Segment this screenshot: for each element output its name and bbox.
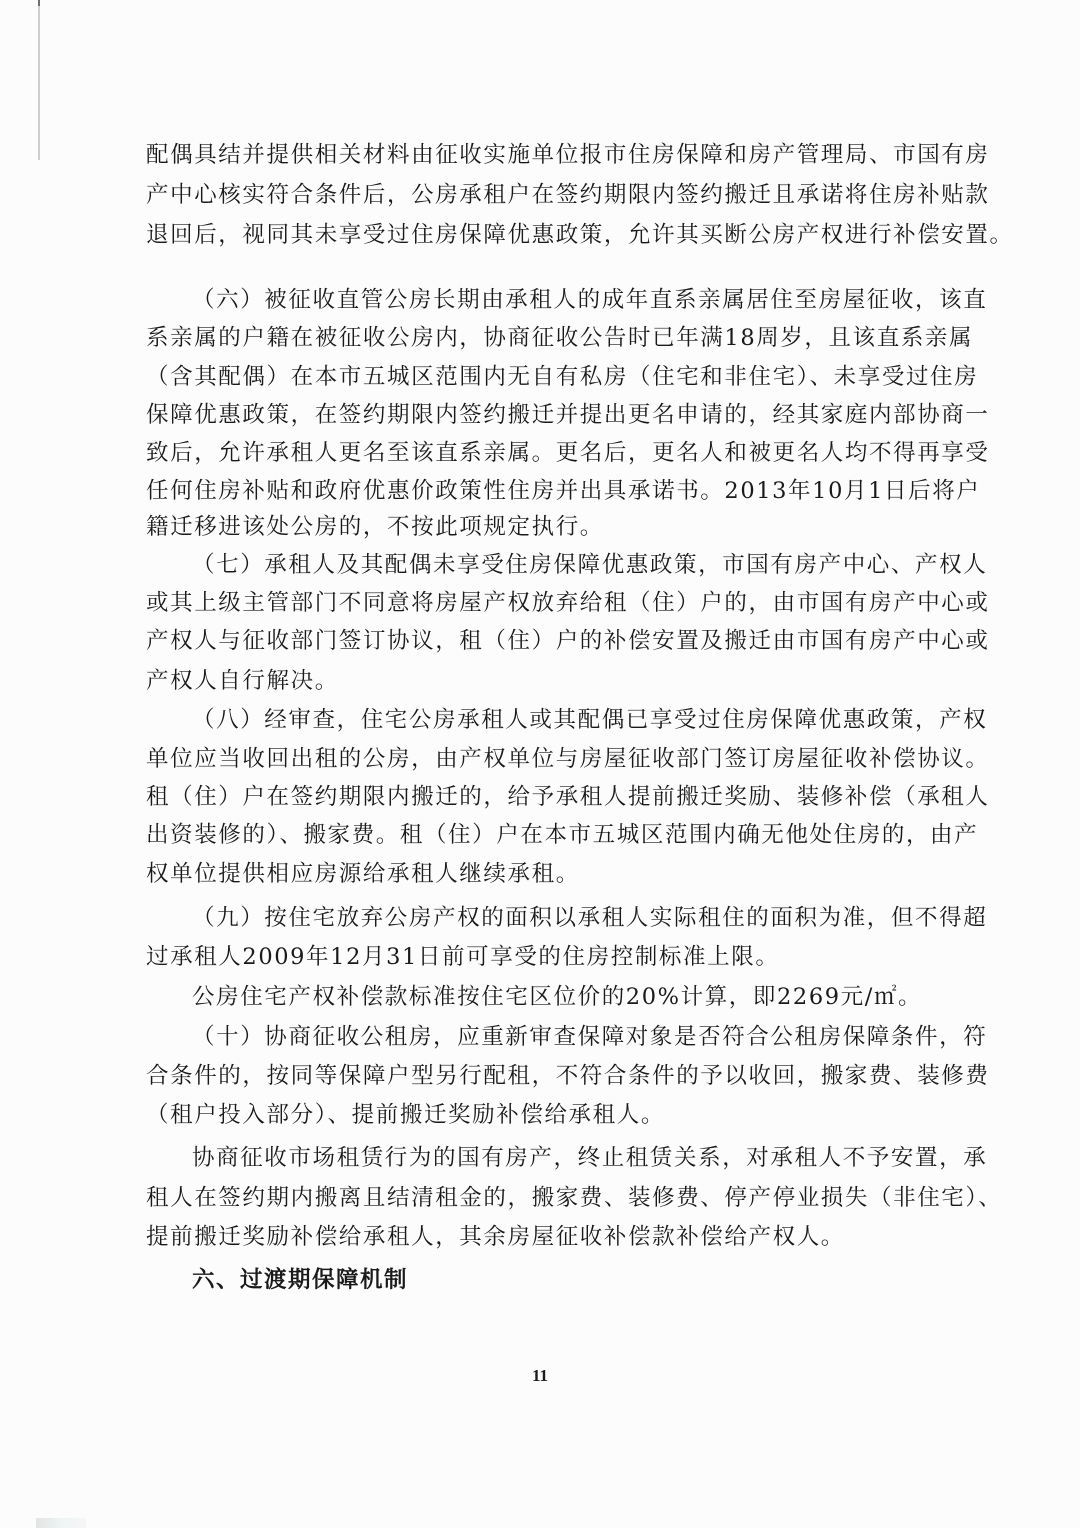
- text-line: 产权人自行解决。: [146, 667, 946, 695]
- text-line: 合条件的，按同等保障户型另行配租，不符合条件的予以收回，搬家费、装修费: [146, 1062, 946, 1090]
- scan-artifact: [36, 1518, 86, 1528]
- text-line: 产中心核实符合条件后，公房承租户在签约期限内签约搬迁且承诺将住房补贴款: [146, 181, 946, 209]
- text-line: （含其配偶）在本市五城区范围内无自有私房（住宅和非住宅）、未享受过住房: [146, 363, 946, 391]
- text-line: 过承租人2009年12月31日前可享受的住房控制标准上限。: [146, 943, 946, 971]
- market-lease-paragraph-start: 协商征收市场租赁行为的国有房产，终止租赁关系，对承租人不予安置，承: [192, 1144, 946, 1172]
- text-line: 提前搬迁奖励补偿给承租人，其余房屋征收补偿款补偿给产权人。: [146, 1223, 946, 1251]
- text-line: 或其上级主管部门不同意将房屋产权放弃给租（住）户的，由市国有房产中心或: [146, 589, 946, 617]
- text-line: 配偶具结并提供相关材料由征收实施单位报市住房保障和房产管理局、市国有房: [146, 141, 946, 169]
- text-line: 单位应当收回出租的公房，由产权单位与房屋征收部门签订房屋征收补偿协议。: [146, 745, 946, 773]
- text-line: 产权人与征收部门签订协议，租（住）户的补偿安置及搬迁由市国有房产中心或: [146, 627, 946, 655]
- page-number: 11: [0, 1366, 1080, 1386]
- text-line: 出资装修的）、搬家费。租（住）户在本市五城区范围内确无他处住房的，由产: [146, 821, 946, 849]
- text-line: 租人在签约期内搬离且结清租金的，搬家费、装修费、停产停业损失（非住宅）、: [146, 1184, 946, 1212]
- paragraph-8-start: （八）经审查，住宅公房承租人或其配偶已享受过住房保障优惠政策，产权: [192, 706, 946, 734]
- scan-edge-mark: [38, 0, 40, 160]
- paragraph-10-start: （十）协商征收公租房，应重新审查保障对象是否符合公租房保障条件，符: [192, 1023, 946, 1051]
- section-heading: 六、过渡期保障机制: [192, 1266, 408, 1294]
- document-page: 配偶具结并提供相关材料由征收实施单位报市住房保障和房产管理局、市国有房 产中心核…: [0, 0, 1080, 1528]
- text-line: 任何住房补贴和政府优惠价政策性住房并出具承诺书。2013年10月1日后将户: [146, 477, 946, 505]
- text-line: 退回后，视同其未享受过住房保障优惠政策，允许其买断公房产权进行补偿安置。: [146, 221, 946, 249]
- text-line: 籍迁移进该处公房的，不按此项规定执行。: [146, 513, 946, 541]
- paragraph-7-start: （七）承租人及其配偶未享受住房保障优惠政策，市国有房产中心、产权人: [192, 551, 946, 579]
- compensation-standard-line: 公房住宅产权补偿款标准按住宅区位价的20%计算，即2269元/㎡。: [192, 983, 946, 1011]
- text-line: 致后，允许承租人更名至该直系亲属。更名后，更名人和被更名人均不得再享受: [146, 439, 946, 467]
- text-line: （租户投入部分）、提前搬迁奖励补偿给承租人。: [146, 1101, 946, 1129]
- paragraph-6-start: （六）被征收直管公房长期由承租人的成年直系亲属居住至房屋征收，该直: [192, 286, 946, 314]
- text-line: 权单位提供相应房源给承租人继续承租。: [146, 860, 946, 888]
- text-line: 租（住）户在签约期限内搬迁的，给予承租人提前搬迁奖励、装修补偿（承租人: [146, 783, 946, 811]
- text-line: 保障优惠政策，在签约期限内签约搬迁并提出更名申请的，经其家庭内部协商一: [146, 401, 946, 429]
- paragraph-9-start: （九）按住宅放弃公房产权的面积以承租人实际租住的面积为准，但不得超: [192, 904, 946, 932]
- text-line: 系亲属的户籍在被征收公房内，协商征收公告时已年满18周岁，且该直系亲属: [146, 324, 946, 352]
